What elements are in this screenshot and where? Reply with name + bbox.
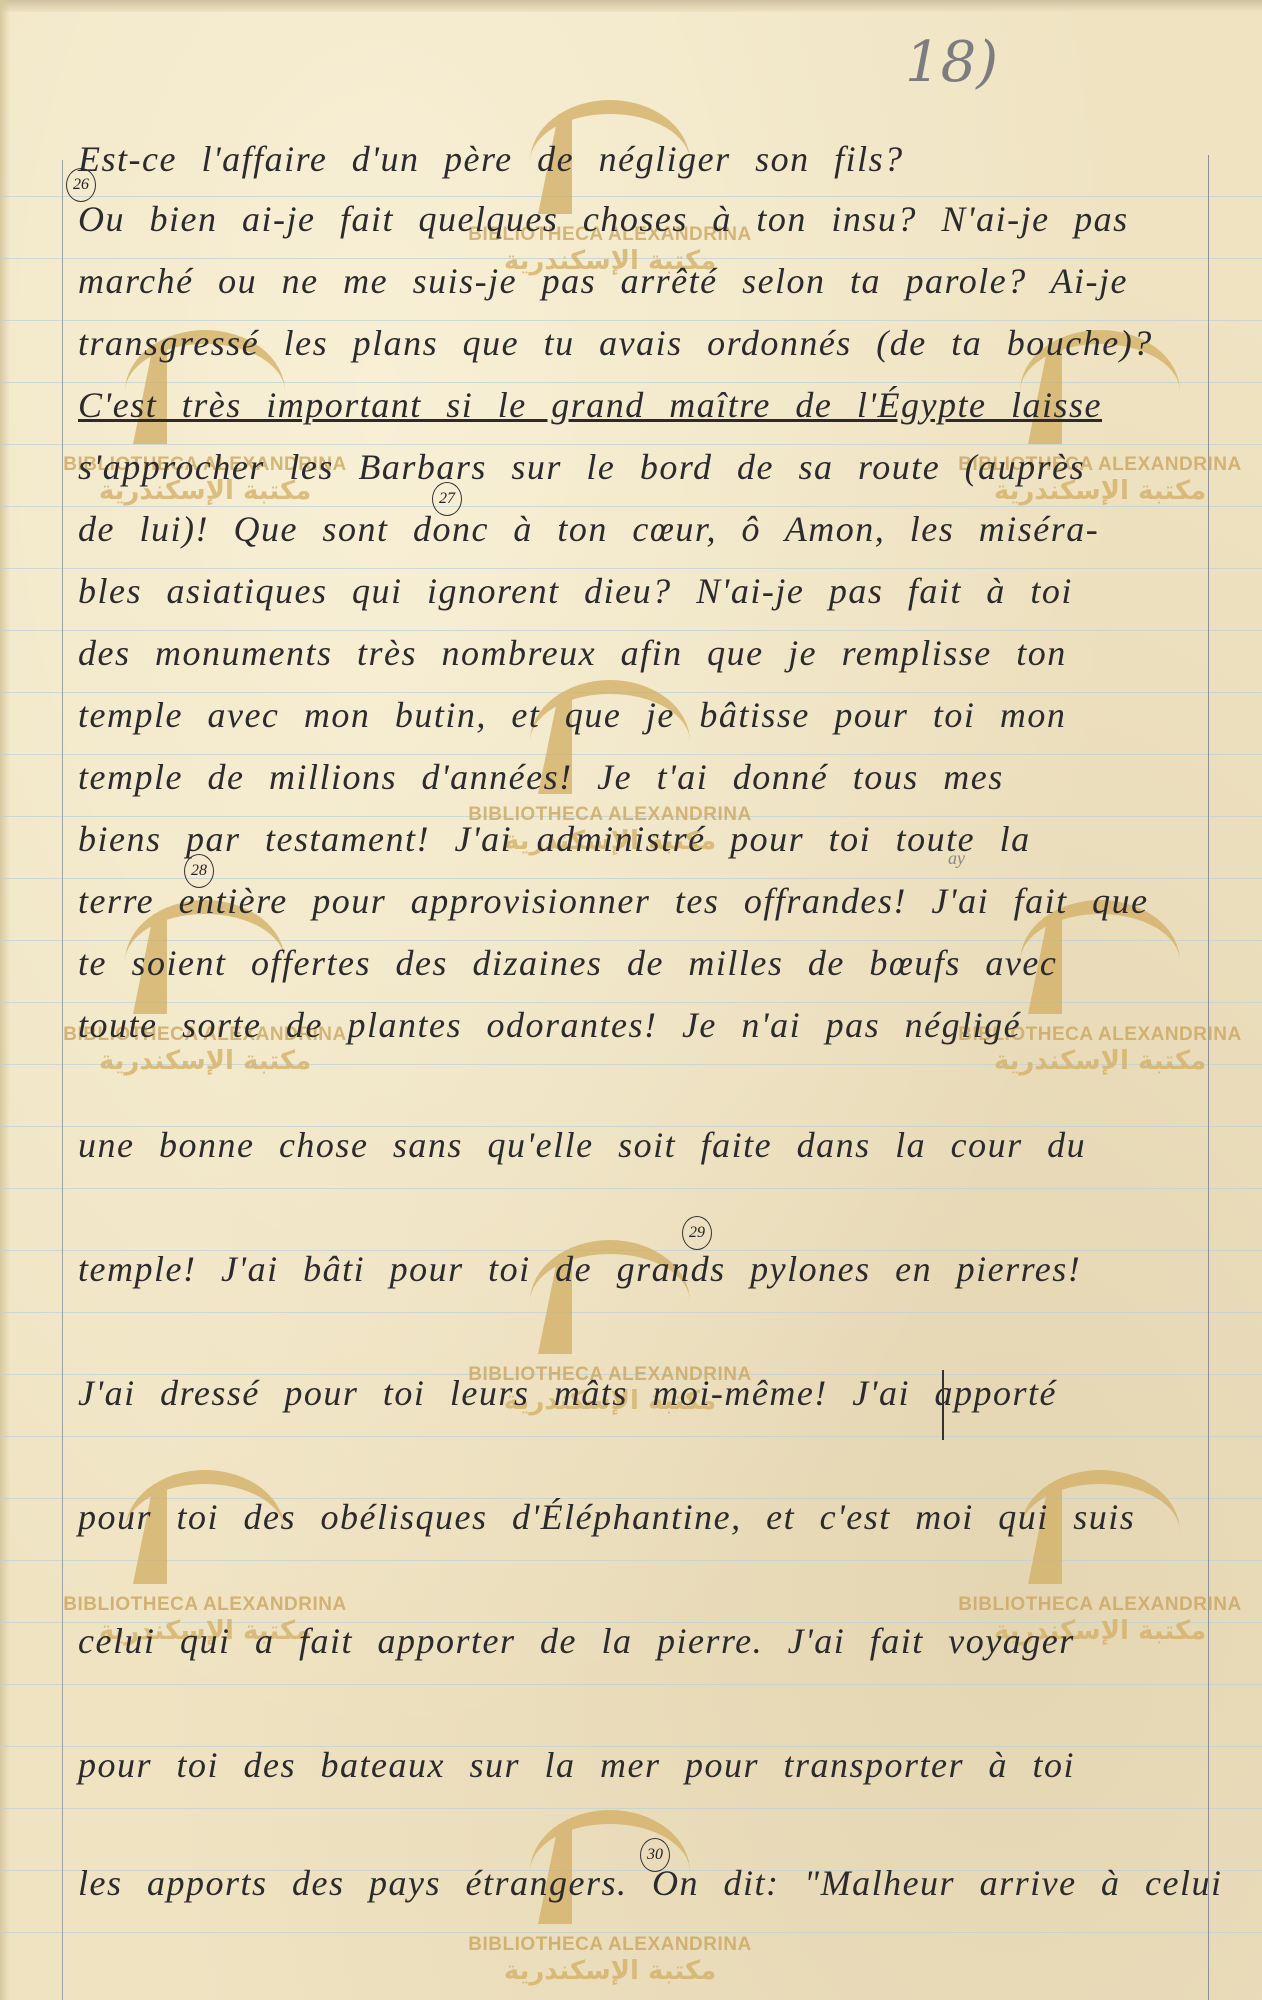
text-line: toute sorte de plantes odorantes! Je n'a… bbox=[78, 1004, 1198, 1046]
ruled-line bbox=[0, 630, 1262, 631]
ruled-line bbox=[0, 1436, 1262, 1437]
text-line: te soient offertes des dizaines de mille… bbox=[78, 942, 1198, 984]
ruled-line bbox=[0, 568, 1262, 569]
text-line: temple de millions d'années! Je t'ai don… bbox=[78, 756, 1198, 798]
text-line: Est-ce l'affaire d'un père de négliger s… bbox=[78, 138, 1198, 180]
page-top-edge bbox=[0, 0, 1262, 12]
ruled-line bbox=[0, 1188, 1262, 1189]
text-line: J'ai dressé pour toi leurs mâts moi-même… bbox=[78, 1372, 1198, 1414]
watermark-arabic-text: مكتبة الإسكندرية bbox=[950, 1046, 1250, 1076]
text-line: C'est très important si le grand maître … bbox=[78, 384, 1198, 426]
ruled-line bbox=[0, 692, 1262, 693]
text-line: pour toi des bateaux sur la mer pour tra… bbox=[78, 1744, 1198, 1786]
ruled-line bbox=[0, 1064, 1262, 1065]
text-line: de lui)! Que sont donc à ton cœur, ô Amo… bbox=[78, 508, 1198, 550]
left-margin-line bbox=[62, 160, 63, 2000]
page-number: 18) bbox=[905, 30, 998, 95]
text-line: transgressé les plans que tu avais ordon… bbox=[78, 322, 1198, 364]
right-margin-line bbox=[1208, 155, 1209, 2000]
watermark-logo: BIBLIOTHECA ALEXANDRINA مكتبة الإسكندرية bbox=[440, 100, 780, 276]
manuscript-page: 18) BIBLIOTHECA ALEXANDRINA مكتبة الإسكن… bbox=[0, 0, 1262, 2000]
ruled-line bbox=[0, 1560, 1262, 1561]
ruled-line bbox=[0, 1312, 1262, 1313]
ruled-line bbox=[0, 754, 1262, 755]
text-line: une bonne chose sans qu'elle soit faite … bbox=[78, 1124, 1198, 1166]
watermark-latin-text: BIBLIOTHECA ALEXANDRINA bbox=[440, 1934, 780, 1956]
watermark-logo: BIBLIOTHECA ALEXANDRINA مكتبة الإسكندرية bbox=[950, 900, 1250, 1076]
watermark-latin-text: BIBLIOTHECA ALEXANDRINA bbox=[950, 1594, 1250, 1616]
ruled-line bbox=[0, 320, 1262, 321]
ruled-line bbox=[0, 258, 1262, 259]
text-line: bles asiatiques qui ignorent dieu? N'ai-… bbox=[78, 570, 1198, 612]
text-line: marché ou ne me suis-je pas arrêté selon… bbox=[78, 260, 1198, 302]
text-line: temple! J'ai bâti pour toi de grands pyl… bbox=[78, 1248, 1198, 1290]
ruled-line bbox=[0, 1684, 1262, 1685]
ruled-line bbox=[0, 382, 1262, 383]
watermark-arabic-text: مكتبة الإسكندرية bbox=[55, 1046, 355, 1076]
ruled-line bbox=[0, 506, 1262, 507]
text-line: biens par testament! J'ai administré pou… bbox=[78, 818, 1198, 860]
text-line: s'approcher les Barbars sur le bord de s… bbox=[78, 446, 1198, 488]
text-line: les apports des pays étrangers. On dit: … bbox=[78, 1862, 1198, 1904]
ruled-line bbox=[0, 196, 1262, 197]
watermark-logo: BIBLIOTHECA ALEXANDRINA مكتبة الإسكندرية bbox=[55, 900, 355, 1076]
text-line: Ou bien ai-je fait quelques choses à ton… bbox=[78, 198, 1198, 240]
text-line: celui qui a fait apporter de la pierre. … bbox=[78, 1620, 1198, 1662]
watermark-latin-text: BIBLIOTHECA ALEXANDRINA bbox=[55, 1594, 355, 1616]
text-line: temple avec mon butin, et que je bâtisse… bbox=[78, 694, 1198, 736]
ruled-line bbox=[0, 1932, 1262, 1933]
ruled-line bbox=[0, 444, 1262, 445]
ruled-line bbox=[0, 1002, 1262, 1003]
text-line: pour toi des obélisques d'Éléphantine, e… bbox=[78, 1496, 1198, 1538]
vertical-pencil-mark bbox=[942, 1370, 944, 1440]
verse-number-circle: 29 bbox=[682, 1216, 712, 1250]
text-line: des monuments très nombreux afin que je … bbox=[78, 632, 1198, 674]
ruled-line bbox=[0, 1808, 1262, 1809]
ruled-line bbox=[0, 940, 1262, 941]
page-left-edge bbox=[0, 0, 10, 2000]
interlinear-note: ay bbox=[948, 848, 965, 869]
watermark-arabic-text: مكتبة الإسكندرية bbox=[440, 1956, 780, 1986]
ruled-line bbox=[0, 816, 1262, 817]
text-line: terre entière pour approvisionner tes of… bbox=[78, 880, 1198, 922]
